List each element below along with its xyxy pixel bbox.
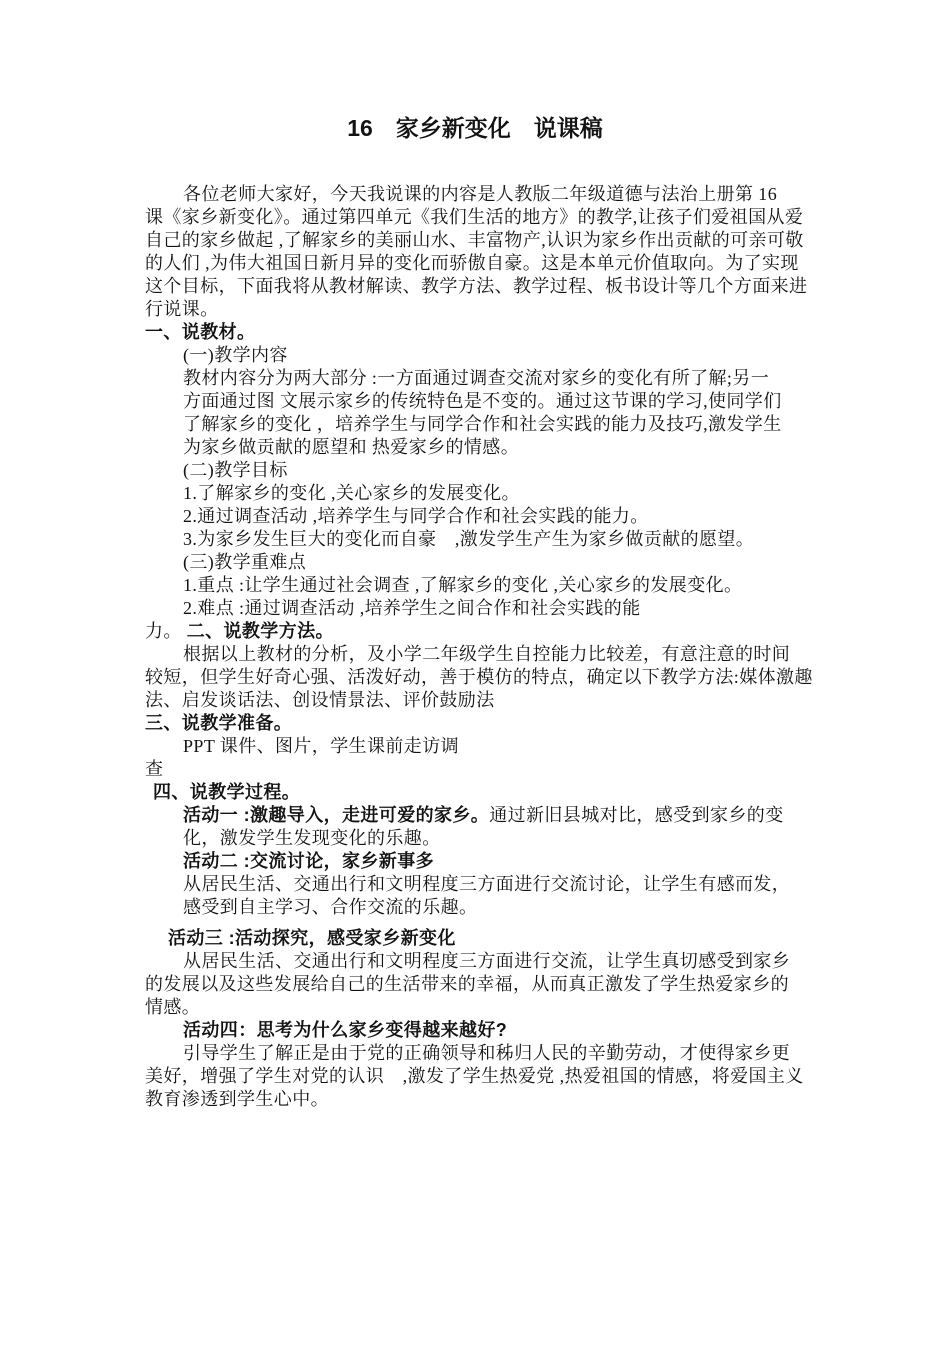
activity-4-line-3: 教育渗透到学生心中。 xyxy=(145,1088,835,1111)
teaching-content-line-1: 教材内容分为两大部分 :一方面通过调查交流对家乡的变化有所了解;另一 xyxy=(183,367,835,390)
activity-3-heading: 活动三 :活动探究，感受家乡新变化 xyxy=(168,927,835,950)
activity-1-line-2-text: 化，激发学生发现变化的乐趣。 xyxy=(183,828,441,848)
teaching-goal-2-text: 2.通过调查活动 ,培养学生与同学合作和社会实践的能力。 xyxy=(183,506,649,526)
activity-4-line-1: 引导学生了解正是由于党的正确领导和秭归人民的辛勤劳动，才使得家乡更 xyxy=(183,1042,835,1065)
activity-4-heading: 活动四：思考为什么家乡变得越来越好? xyxy=(183,1019,835,1042)
activity-2-heading-text: 活动二 :交流讨论，家乡新事多 xyxy=(183,851,434,871)
intro-paragraph-line-3: 自己的家乡做起 ,了解家乡的美丽山水、丰富物产,认识为家乡作出贡献的可亲可敬 xyxy=(145,229,835,252)
key-point-line: 1.重点 :让学生通过社会调查 ,了解家乡的变化 ,关心家乡的发展变化。 xyxy=(183,574,835,597)
activity-4-line-1-text: 引导学生了解正是由于党的正确领导和秭归人民的辛勤劳动，才使得家乡更 xyxy=(183,1043,790,1063)
activity-1-line-2: 化，激发学生发现变化的乐趣。 xyxy=(183,827,835,850)
heading-section-4: 四、说教学过程。 xyxy=(153,781,835,804)
teaching-method-line-2-text: 较短，但学生好奇心强、活泼好动，善于模仿的特点，确定以下教学方法:媒体激趣 xyxy=(145,667,813,687)
intro-paragraph-line-2: 课《家乡新变化》。通过第四单元《我们生活的地方》的教学,让孩子们爱祖国从爱 xyxy=(145,206,835,229)
teaching-goal-1-text: 1.了解家乡的变化 ,关心家乡的发展变化。 xyxy=(183,483,520,503)
heading-section-1: 一、说教材。 xyxy=(145,321,835,344)
intro-paragraph-line-2-text: 课《家乡新变化》。通过第四单元《我们生活的地方》的教学,让孩子们爱祖国从爱 xyxy=(145,207,803,227)
intro-paragraph-line-6-text: 行说课。 xyxy=(145,299,219,319)
difficult-point-line: 2.难点 :通过调查活动 ,培养学生之间合作和社会实践的能 xyxy=(183,597,835,620)
document-title: 16 家乡新变化 说课稿 xyxy=(0,113,950,143)
heading-section-2: 力。 二、说教学方法。 xyxy=(145,620,835,643)
activity-4-line-2-text: 美好，增强了学生对党的认识 ,激发了学生热爱党 ,热爱祖国的情感，将爱国主义 xyxy=(145,1066,804,1086)
activity-3-line-1: 从居民生活、交通出行和文明程度三方面进行交流，让学生真切感受到家乡 xyxy=(183,950,835,973)
activity-2-line-1: 从居民生活、交通出行和文明程度三方面进行交流讨论，让学生有感而发， xyxy=(183,873,835,896)
intro-paragraph-line-1: 各位老师大家好，今天我说课的内容是人教版二年级道德与法治上册第 16 xyxy=(183,183,835,206)
teaching-content-line-3-text: 了解家乡的变化 ，培养学生与同学合作和社会实践的能力及技巧,激发学生 xyxy=(183,414,782,434)
heading-section-2-text: 力。 xyxy=(145,621,187,641)
activity-3-line-2: 的发展以及这些发展给自己的生活带来的幸福，从而真正激发了学生热爱家乡的 xyxy=(145,973,835,996)
teaching-content-line-1-text: 教材内容分为两大部分 :一方面通过调查交流对家乡的变化有所了解;另一 xyxy=(183,368,769,388)
teaching-method-line-3: 法、启发谈话法、创设情景法、评价鼓励法 xyxy=(145,689,835,712)
preparation-line-2: 查 xyxy=(145,758,835,781)
teaching-goal-2: 2.通过调查活动 ,培养学生与同学合作和社会实践的能力。 xyxy=(183,505,835,528)
heading-section-1-text: 一、说教材。 xyxy=(145,322,255,342)
difficult-point-line-text: 2.难点 :通过调查活动 ,培养学生之间合作和社会实践的能 xyxy=(183,598,641,618)
intro-paragraph-line-6: 行说课。 xyxy=(145,298,835,321)
activity-2-line-1-text: 从居民生活、交通出行和文明程度三方面进行交流讨论，让学生有感而发， xyxy=(183,874,790,894)
key-point-line-text: 1.重点 :让学生通过社会调查 ,了解家乡的变化 ,关心家乡的发展变化。 xyxy=(183,575,742,595)
preparation-line-1: PPT 课件、图片，学生课前走访调 xyxy=(183,735,835,758)
heading-section-3-text: 三、说教学准备。 xyxy=(145,713,292,733)
intro-paragraph-line-5: 这个目标，下面我将从教材解读、教学方法、教学过程、板书设计等几个方面来进 xyxy=(145,275,835,298)
activity-3-line-3-text: 情感。 xyxy=(145,997,200,1017)
activity-1-line-1-text: 活动一 :激趣导入，走进可爱的家乡。 xyxy=(183,805,489,825)
subheading-key-difficult-points-text: (三)教学重难点 xyxy=(183,552,306,572)
activity-3-line-2-text: 的发展以及这些发展给自己的生活带来的幸福，从而真正激发了学生热爱家乡的 xyxy=(145,974,789,994)
intro-paragraph-line-4-text: 的人们 ,为伟大祖国日新月异的变化而骄傲自豪。这是本单元价值取向。为了实现 xyxy=(145,253,799,273)
activity-4-line-2: 美好，增强了学生对党的认识 ,激发了学生热爱党 ,热爱祖国的情感，将爱国主义 xyxy=(145,1065,835,1088)
subheading-teaching-content-text: (一)教学内容 xyxy=(183,345,288,365)
document-title-text: 16 家乡新变化 说课稿 xyxy=(347,115,603,141)
teaching-goal-1: 1.了解家乡的变化 ,关心家乡的发展变化。 xyxy=(183,482,835,505)
document-content: 16 家乡新变化 说课稿各位老师大家好，今天我说课的内容是人教版二年级道德与法治… xyxy=(145,113,835,1111)
activity-2-heading: 活动二 :交流讨论，家乡新事多 xyxy=(183,850,835,873)
teaching-content-line-2-text: 方面通过图 文展示家乡的传统特色是不变的。通过这节课的学习,使同学们 xyxy=(183,391,782,411)
teaching-method-line-1: 根据以上教材的分析，及小学二年级学生自控能力比较差，有意注意的时间 xyxy=(183,643,835,666)
activity-1-line-1: 活动一 :激趣导入，走进可爱的家乡。通过新旧县城对比，感受到家乡的变 xyxy=(183,804,835,827)
teaching-content-line-4: 为家乡做贡献的愿望和 热爱家乡的情感。 xyxy=(183,436,835,459)
preparation-line-2-text: 查 xyxy=(145,759,163,779)
intro-paragraph-line-1-text: 各位老师大家好，今天我说课的内容是人教版二年级道德与法治上册第 16 xyxy=(183,184,777,204)
heading-section-4-text: 四、说教学过程。 xyxy=(153,782,300,802)
activity-3-heading-text: 活动三 :活动探究，感受家乡新变化 xyxy=(168,928,456,948)
intro-paragraph-line-5-text: 这个目标，下面我将从教材解读、教学方法、教学过程、板书设计等几个方面来进 xyxy=(145,276,807,296)
teaching-content-line-3: 了解家乡的变化 ，培养学生与同学合作和社会实践的能力及技巧,激发学生 xyxy=(183,413,835,436)
activity-4-heading-text: 活动四：思考为什么家乡变得越来越好? xyxy=(183,1020,507,1040)
activity-2-line-2: 感受到自主学习、合作交流的乐趣。 xyxy=(183,896,835,919)
teaching-method-line-2: 较短，但学生好奇心强、活泼好动，善于模仿的特点，确定以下教学方法:媒体激趣 xyxy=(145,666,835,689)
heading-section-3: 三、说教学准备。 xyxy=(145,712,835,735)
activity-4-line-3-text: 教育渗透到学生心中。 xyxy=(145,1089,329,1109)
teaching-content-line-4-text: 为家乡做贡献的愿望和 热爱家乡的情感。 xyxy=(183,437,519,457)
activity-2-line-2-text: 感受到自主学习、合作交流的乐趣。 xyxy=(183,897,477,917)
activity-1-line-1-text: 通过新旧县城对比，感受到家乡的变 xyxy=(489,805,783,825)
teaching-method-line-3-text: 法、启发谈话法、创设情景法、评价鼓励法 xyxy=(145,690,495,710)
preparation-line-1-text: PPT 课件、图片，学生课前走访调 xyxy=(183,736,459,756)
activity-3-line-1-text: 从居民生活、交通出行和文明程度三方面进行交流，让学生真切感受到家乡 xyxy=(183,951,790,971)
subheading-teaching-content: (一)教学内容 xyxy=(183,344,835,367)
teaching-method-line-1-text: 根据以上教材的分析，及小学二年级学生自控能力比较差，有意注意的时间 xyxy=(183,644,790,664)
intro-paragraph-line-3-text: 自己的家乡做起 ,了解家乡的美丽山水、丰富物产,认识为家乡作出贡献的可亲可敬 xyxy=(145,230,804,250)
document-page: 16 家乡新变化 说课稿各位老师大家好，今天我说课的内容是人教版二年级道德与法治… xyxy=(0,0,950,1345)
subheading-teaching-goals-text: (二)教学目标 xyxy=(183,460,288,480)
subheading-teaching-goals: (二)教学目标 xyxy=(183,459,835,482)
activity-3-line-3: 情感。 xyxy=(145,996,835,1019)
teaching-content-line-2: 方面通过图 文展示家乡的传统特色是不变的。通过这节课的学习,使同学们 xyxy=(183,390,835,413)
teaching-goal-3: 3.为家乡发生巨大的变化而自豪 ,激发学生产生为家乡做贡献的愿望。 xyxy=(183,528,835,551)
teaching-goal-3-text: 3.为家乡发生巨大的变化而自豪 ,激发学生产生为家乡做贡献的愿望。 xyxy=(183,529,754,549)
intro-paragraph-line-4: 的人们 ,为伟大祖国日新月异的变化而骄傲自豪。这是本单元价值取向。为了实现 xyxy=(145,252,835,275)
subheading-key-difficult-points: (三)教学重难点 xyxy=(183,551,835,574)
heading-section-2-text: 二、说教学方法。 xyxy=(187,621,334,641)
